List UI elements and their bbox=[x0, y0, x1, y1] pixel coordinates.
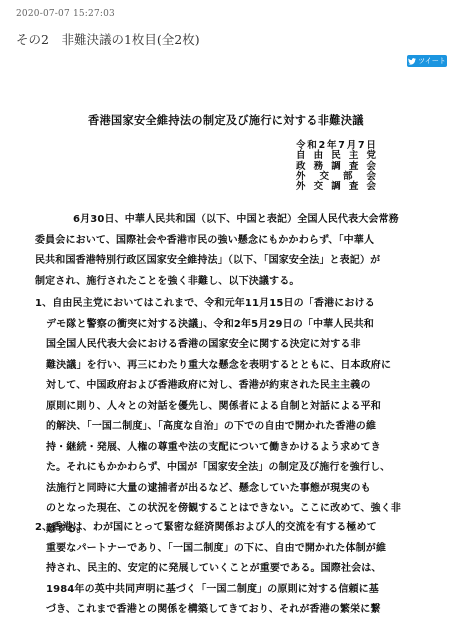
text-line: 対して、中国政府および香港政府に対し、香港が約束された民主主義の bbox=[35, 376, 420, 397]
text-line: 2、香港は、わが国にとって緊密な経済関係および人的交流を有する極めて bbox=[35, 518, 420, 539]
text-line: 民共和国香港特別行政区国家安全維持法」（以下、「国家安全法」と表記）が bbox=[35, 251, 415, 272]
text-line: 法施行と同時に大量の逮捕者が出るなど、懸念していた事態が現実のも bbox=[35, 479, 420, 500]
signature-block: 令和2年7月7日 自由民主党 政務調査会 外交部会 外交調査会 bbox=[296, 141, 376, 192]
text-line: 持され、民主的、安定的に発展していくことが重要である。国際社会は、 bbox=[35, 559, 420, 580]
text-line: 原則に則り、人々との対話を優先し、関係者による自制と対話による平和 bbox=[35, 397, 420, 418]
text-line: 1、自由民主党においてはこれまで、令和元年11月15日の「香港における bbox=[35, 294, 420, 315]
text-line: デモ隊と警察の衝突に対する決議」、令和2年5月29日の「中華人民共和 bbox=[35, 315, 420, 336]
text-line: 6月30日、中華人民共和国（以下、中国と表記）全国人民代表大会常務 bbox=[35, 210, 415, 231]
text-line: た。それにもかかわらず、中国が「国家安全法」の制定及び施行を強行し、 bbox=[35, 458, 420, 479]
twitter-bird-icon bbox=[408, 58, 416, 65]
text-line: 1984年の英中共同声明に基づく「一国二制度」の原則に対する信頼に基 bbox=[35, 580, 420, 601]
document-title: 香港国家安全維持法の制定及び施行に対する非難決議 bbox=[88, 112, 364, 128]
resolution-item-2: 2、香港は、わが国にとって緊密な経済関係および人的交流を有する極めて 重要なパー… bbox=[35, 518, 420, 621]
tweet-button[interactable]: ツイート bbox=[407, 55, 447, 67]
page-heading: その2 非難決議の1枚目(全2枚) bbox=[16, 30, 200, 48]
text-line: 的解決、「一国二制度」、「高度な自治」の下での自由で開かれた香港の維 bbox=[35, 417, 420, 438]
text-line: 重要なパートナーであり、「一国二制度」の下に、自由で開かれた体制が維 bbox=[35, 539, 420, 560]
text-line: のとなった現在、この状況を傍観することはできない。ここに改めて、強く非 bbox=[35, 499, 420, 520]
signature-org-foreign-affairs-research: 外交調査会 bbox=[296, 182, 376, 192]
tweet-label: ツイート bbox=[418, 56, 446, 66]
timestamp: 2020-07-07 15:27:03 bbox=[16, 9, 115, 19]
text-line: づき、これまで香港との関係を構築してきており、それが香港の繁栄に繋 bbox=[35, 600, 420, 621]
text-line: 委員会において、国際社会や香港市民の強い懸念にもかかわらず、「中華人 bbox=[35, 231, 415, 252]
resolution-item-1: 1、自由民主党においてはこれまで、令和元年11月15日の「香港における デモ隊と… bbox=[35, 294, 420, 540]
intro-paragraph: 6月30日、中華人民共和国（以下、中国と表記）全国人民代表大会常務 委員会におい… bbox=[35, 210, 415, 292]
text-line: 制定され、施行されたことを強く非難し、以下決議する。 bbox=[35, 272, 415, 293]
text-line: 持・継続・発展、人権の尊重や法の支配について働きかけるよう求めてき bbox=[35, 438, 420, 459]
signature-org-policy-research: 政務調査会 bbox=[296, 162, 376, 172]
text-line: 国全国人民代表大会における香港の国家安全に関する決定に対する非 bbox=[35, 335, 420, 356]
text-line: 難決議」を行い、再三にわたり重大な懸念を表明するとともに、日本政府に bbox=[35, 356, 420, 377]
